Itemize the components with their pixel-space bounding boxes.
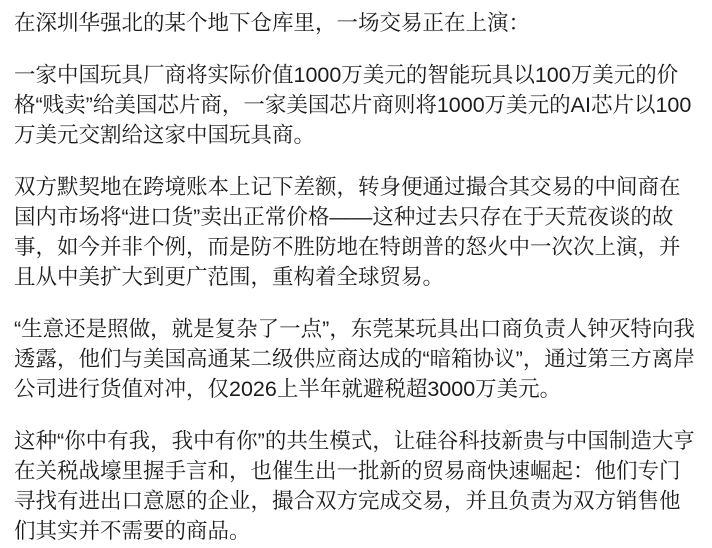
paragraph-symbiosis-model: 这种“你中有我，我中有你”的共生模式，让硅谷科技新贵与中国制造大亨在关税战壕里握… (14, 426, 699, 546)
paragraph-deal-description: 一家中国玩具厂商将实际价值1000万美元的智能玩具以100万美元的价格“贱卖”给… (14, 60, 699, 150)
paragraph-exporter-quote: “生意还是照做，就是复杂了一点”，东莞某玩具出口商负责人钟灭特向我透露，他们与美… (14, 314, 699, 404)
paragraph-intro: 在深圳华强北的某个地下仓库里，一场交易正在上演： (14, 8, 699, 38)
article-body: 在深圳华强北的某个地下仓库里，一场交易正在上演： 一家中国玩具厂商将实际价值10… (0, 0, 712, 546)
paragraph-ledger-scheme: 双方默契地在跨境账本上记下差额，转身便通过撮合其交易的中间商在国内市场将“进口货… (14, 172, 699, 292)
